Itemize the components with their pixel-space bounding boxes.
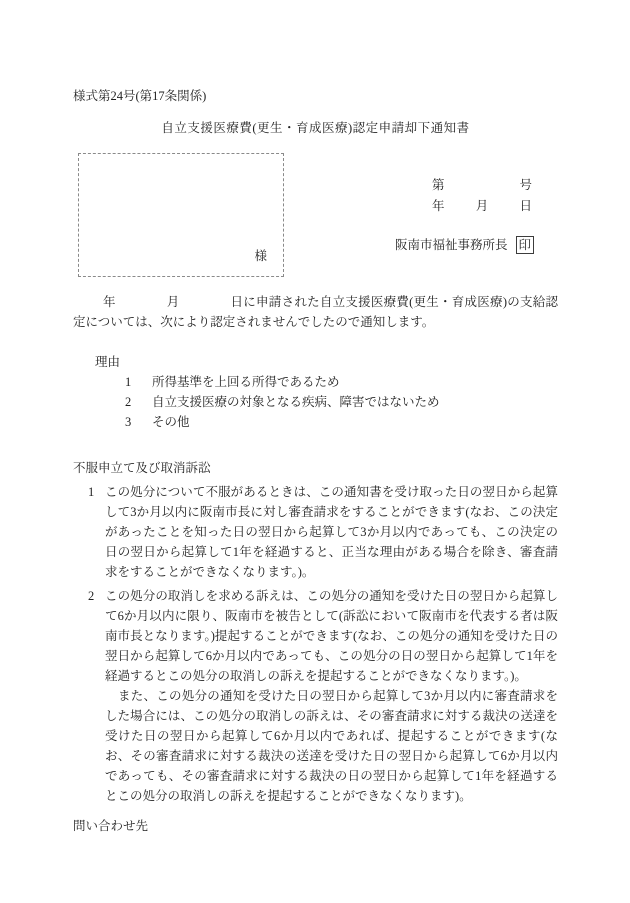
addressee-box: 様 bbox=[78, 153, 284, 277]
reasons-label: 理由 bbox=[95, 352, 558, 372]
doc-number-prefix: 第 bbox=[432, 175, 445, 196]
document-number-line: 第 号 bbox=[432, 175, 532, 196]
reason-number: 2 bbox=[125, 392, 152, 412]
issuer-line: 阪南市福祉事務所長印 bbox=[395, 235, 534, 255]
reason-item: 1 所得基準を上回る所得であるため bbox=[125, 372, 558, 392]
reason-text: 自立支援医療の対象となる疾病、障害ではないため bbox=[152, 392, 440, 412]
seal-box: 印 bbox=[516, 236, 535, 254]
header-block: 様 第 号 年 月 日 阪南市福祉事務所長印 bbox=[73, 153, 558, 278]
document-page: 様式第24号(第17条関係) 自立支援医療費(更生・育成医療)認定申請却下通知書… bbox=[0, 0, 630, 903]
reason-item: 2 自立支援医療の対象となる疾病、障害ではないため bbox=[125, 392, 558, 412]
notification-body: 年 月 日に申請された自立支援医療費(更生・育成医療)の支給認定については、次に… bbox=[73, 292, 558, 332]
reason-number: 1 bbox=[125, 372, 152, 392]
appeal-item-number: 1 bbox=[88, 482, 105, 582]
reason-text: 所得基準を上回る所得であるため bbox=[152, 372, 340, 392]
date-year-label: 年 bbox=[432, 196, 445, 217]
form-number: 様式第24号(第17条関係) bbox=[73, 86, 558, 106]
addressee-honorific: 様 bbox=[254, 246, 267, 266]
doc-number-suffix: 号 bbox=[519, 175, 532, 196]
date-day-label: 日 bbox=[519, 196, 532, 217]
appeal-section: 不服申立て及び取消訴訟 1 この処分について不服があるときは、この通知書を受け取… bbox=[73, 458, 558, 806]
appeal-item: 1 この処分について不服があるときは、この通知書を受け取った日の翌日から起算して… bbox=[73, 482, 558, 582]
appeal-item-number: 2 bbox=[88, 586, 105, 686]
appeal-item-text: この処分の取消しを求める訴えは、この処分の通知を受けた日の翌日から起算して6か月… bbox=[105, 586, 558, 686]
reason-item: 3 その他 bbox=[125, 412, 558, 432]
appeal-continuation: また、この処分の通知を受けた日の翌日から起算して3か月以内に審査請求をした場合に… bbox=[105, 686, 558, 806]
appeal-item: 2 この処分の取消しを求める訴えは、この処分の通知を受けた日の翌日から起算して6… bbox=[73, 586, 558, 686]
issue-date-line: 年 月 日 bbox=[432, 196, 532, 217]
reason-number: 3 bbox=[125, 412, 152, 432]
date-month-label: 月 bbox=[476, 196, 489, 217]
reason-text: その他 bbox=[152, 412, 190, 432]
appeal-heading: 不服申立て及び取消訴訟 bbox=[73, 458, 558, 478]
reasons-section: 理由 1 所得基準を上回る所得であるため 2 自立支援医療の対象となる疾病、障害… bbox=[73, 352, 558, 432]
appeal-item-text: この処分について不服があるときは、この通知書を受け取った日の翌日から起算して3か… bbox=[105, 482, 558, 582]
issue-info: 第 号 年 月 日 bbox=[432, 175, 532, 217]
issuer-title: 阪南市福祉事務所長 bbox=[395, 238, 508, 252]
contact-heading: 問い合わせ先 bbox=[73, 816, 558, 836]
document-title: 自立支援医療費(更生・育成医療)認定申請却下通知書 bbox=[73, 118, 558, 138]
